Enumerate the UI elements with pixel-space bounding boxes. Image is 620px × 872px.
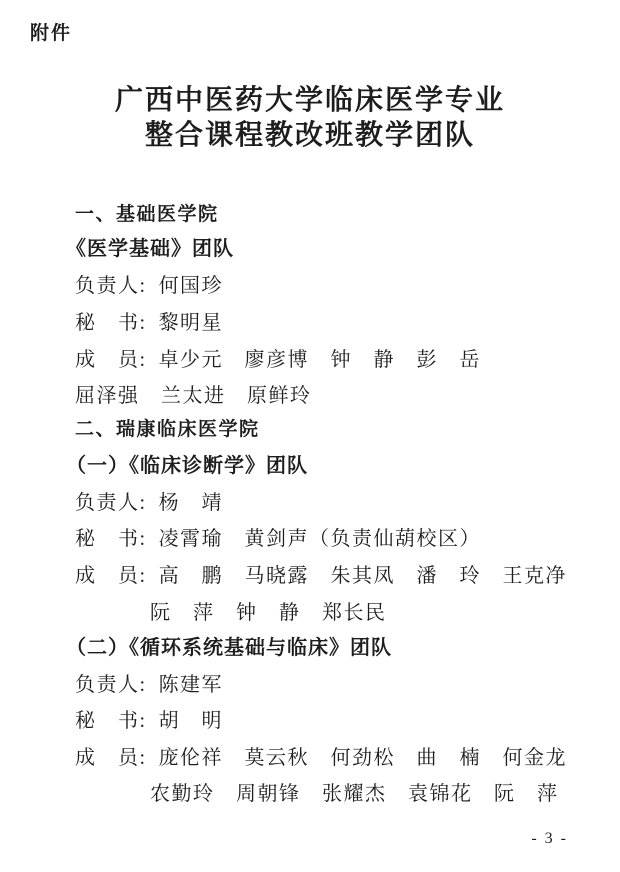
members-continuation-line: 阮 萍 钟 静 郑长民 <box>150 596 387 625</box>
team-name-circulatory-system: （二）《循环系统基础与临床》团队 <box>66 631 392 660</box>
members-row: 成 员:高 鹏 马晓露 朱其凤 潘 玲 王克净 <box>75 559 567 588</box>
leader-name: 杨 靖 <box>159 492 224 514</box>
members-row: 成 员:卓少元 廖彦博 钟 静 彭 岳 <box>75 343 481 372</box>
document-title-line-1: 广西中医药大学临床医学专业 <box>0 78 620 118</box>
leader-name: 陈建军 <box>159 674 224 696</box>
document-title-line-2: 整合课程教改班教学团队 <box>0 113 620 153</box>
members-label: 成 员: <box>75 565 147 587</box>
document-page: 附件 广西中医药大学临床医学专业 整合课程教改班教学团队 一、基础医学院 《医学… <box>0 0 620 872</box>
section-heading-ruikang-clinical-college: 二、瑞康临床医学院 <box>75 414 260 441</box>
leader-label: 负责人: <box>75 674 147 696</box>
members-label: 成 员: <box>75 349 147 371</box>
members-line: 高 鹏 马晓露 朱其凤 潘 玲 王克净 <box>159 565 568 587</box>
page-number: - 3 - <box>531 830 568 848</box>
secretary-name: 黎明星 <box>159 312 224 334</box>
members-continuation-line: 农勤玲 周朝锋 张耀杰 袁锦花 阮 萍 <box>150 777 559 806</box>
secretary-row: 秘 书:胡 明 <box>75 704 223 733</box>
secretary-label: 秘 书: <box>75 710 147 732</box>
members-line: 卓少元 廖彦博 钟 静 彭 岳 <box>159 349 482 371</box>
team-name-clinical-diagnostics: （一）《临床诊断学》团队 <box>66 449 308 478</box>
members-label: 成 员: <box>75 747 147 769</box>
leader-row: 负责人:何国珍 <box>75 269 223 298</box>
leader-row: 负责人:杨 靖 <box>75 486 223 515</box>
secretary-label: 秘 书: <box>75 312 147 334</box>
secretary-label: 秘 书: <box>75 528 147 550</box>
members-continuation-line: 屈泽强 兰太进 原鲜玲 <box>75 379 312 408</box>
leader-label: 负责人: <box>75 492 147 514</box>
section-heading-basic-medical-college: 一、基础医学院 <box>75 199 219 226</box>
members-line: 庞伦祥 莫云秋 何劲松 曲 楠 何金龙 <box>159 747 568 769</box>
attachment-label: 附件 <box>30 18 72 45</box>
leader-label: 负责人: <box>75 275 147 297</box>
secretary-row: 秘 书:凌霄瑜 黄剑声（负责仙葫校区） <box>75 522 481 551</box>
team-name-medical-basics: 《医学基础》团队 <box>66 232 234 261</box>
secretary-name: 胡 明 <box>159 710 224 732</box>
leader-name: 何国珍 <box>159 275 224 297</box>
secretary-row: 秘 书:黎明星 <box>75 306 223 335</box>
leader-row: 负责人:陈建军 <box>75 668 223 697</box>
members-row: 成 员:庞伦祥 莫云秋 何劲松 曲 楠 何金龙 <box>75 741 567 770</box>
secretary-names: 凌霄瑜 黄剑声（负责仙葫校区） <box>159 528 482 550</box>
